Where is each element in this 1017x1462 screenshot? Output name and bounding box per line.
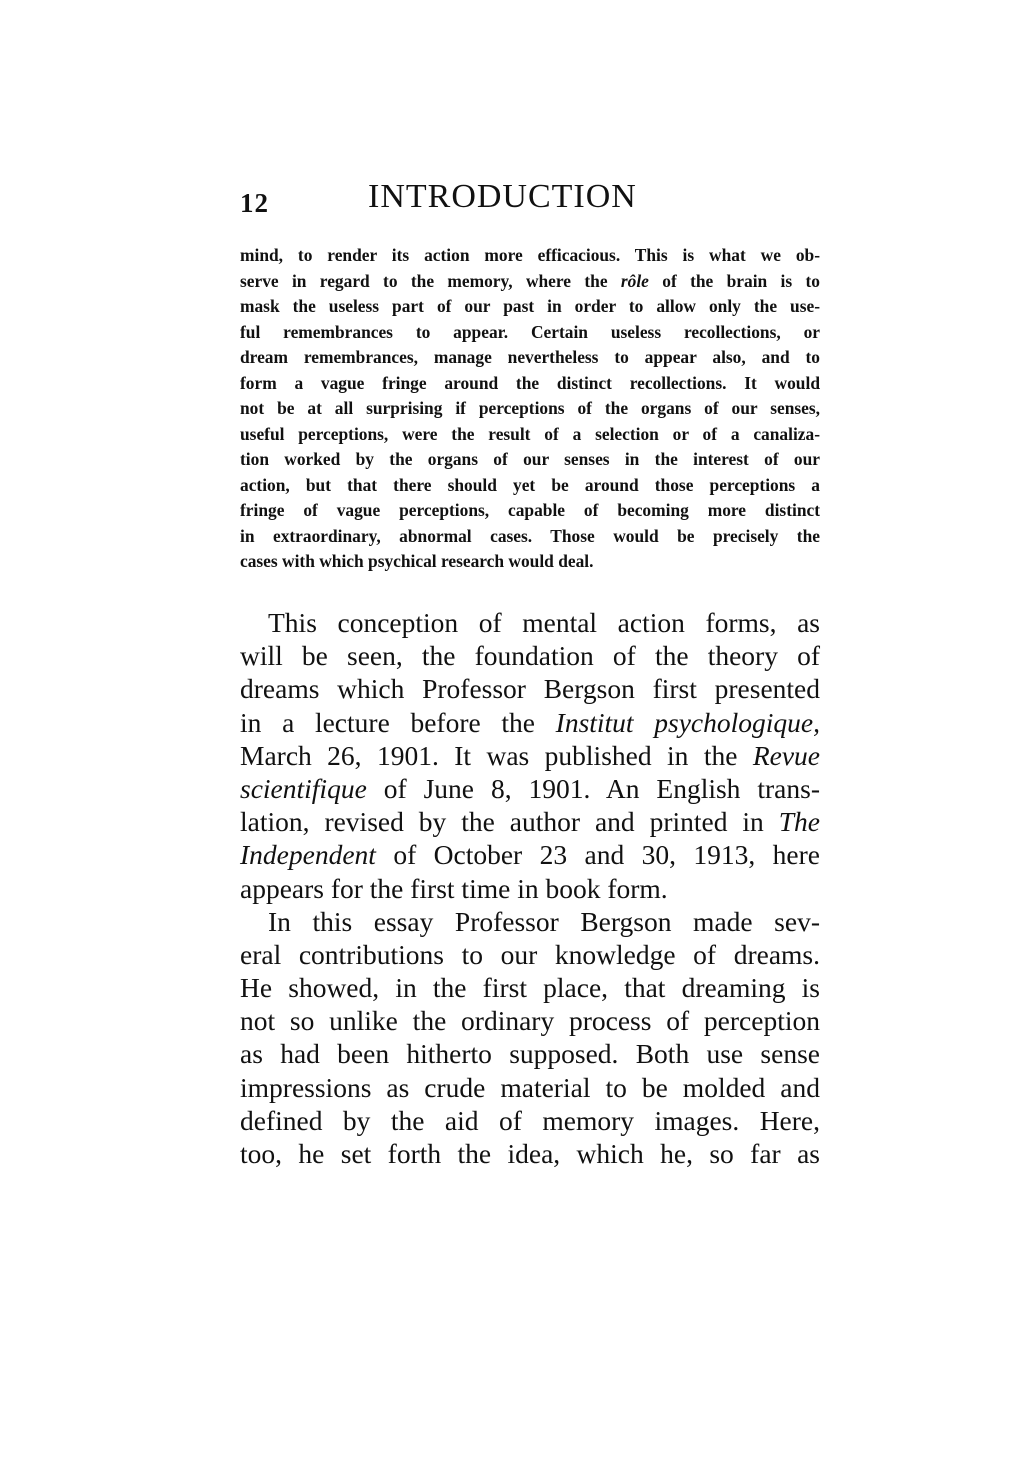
quote-text: of the brain is to (662, 271, 820, 291)
body-line: This conception of mental action forms, … (240, 606, 820, 639)
italic-title: Institut psychologique, (556, 707, 820, 738)
chapter-title: INTRODUCTION (368, 178, 637, 216)
quote-line: serve in regard to the memory, where the… (240, 269, 820, 295)
body-line: eral contributions to our knowledge of d… (240, 938, 820, 971)
body-line: lation, revised by the author and printe… (240, 805, 820, 838)
body-line: impressions as crude material to be mold… (240, 1071, 820, 1104)
body-line: March 26, 1901. It was published in the … (240, 739, 820, 772)
italic-title: scientifique (240, 773, 367, 804)
body-line: in a lecture before the Institut psychol… (240, 706, 820, 739)
body-line: too, he set forth the idea, which he, so… (240, 1137, 820, 1170)
quote-line: mind, to render its action more efficaci… (240, 243, 820, 269)
body-line: will be seen, the foundation of the theo… (240, 639, 820, 672)
quote-line: action, but that there should yet be aro… (240, 473, 820, 499)
paragraph-1: This conception of mental action forms, … (240, 606, 820, 905)
body-line: dreams which Professor Bergson first pre… (240, 672, 820, 705)
body-text-span: in a lecture before the (240, 707, 535, 738)
quote-line: ful remembrances to appear. Certain usel… (240, 320, 820, 346)
quote-line: mask the useless part of our past in ord… (240, 294, 820, 320)
body-line: scientifique of June 8, 1901. An English… (240, 772, 820, 805)
quote-line: in extraordinary, abnormal cases. Those … (240, 524, 820, 550)
italic-title: Independent (240, 839, 376, 870)
body-line: defined by the aid of memory images. Her… (240, 1104, 820, 1137)
quote-line: fringe of vague perceptions, capable of … (240, 498, 820, 524)
italic-word: rôle (621, 271, 649, 291)
body-line: not so unlike the ordinary process of pe… (240, 1004, 820, 1037)
body-text-span: lation, revised by the author and printe… (240, 806, 764, 837)
block-quote: mind, to render its action more efficaci… (240, 243, 820, 575)
body-line: appears for the first time in book form. (240, 872, 820, 905)
quote-line: tion worked by the organs of our senses … (240, 447, 820, 473)
quote-line: useful perceptions, were the result of a… (240, 422, 820, 448)
quote-line: not be at all surprising if perceptions … (240, 396, 820, 422)
body-text-span: of October 23 and 30, 1913, here (393, 839, 820, 870)
quote-line: form a vague fringe around the distinct … (240, 371, 820, 397)
italic-title: The (779, 806, 820, 837)
italic-title: Revue (753, 740, 820, 771)
paragraph-2: In this essay Professor Bergson made sev… (240, 905, 820, 1171)
page-number: 12 (240, 188, 269, 219)
quote-line: cases with which psychical research woul… (240, 549, 820, 575)
body-text-span: of June 8, 1901. An English trans- (384, 773, 820, 804)
book-page: 12 INTRODUCTION mind, to render its acti… (0, 0, 1017, 1462)
quote-text: serve in regard to the memory, where the (240, 271, 608, 291)
body-line: as had been hitherto supposed. Both use … (240, 1037, 820, 1070)
body-line: In this essay Professor Bergson made sev… (240, 905, 820, 938)
body-text: This conception of mental action forms, … (240, 606, 820, 1170)
body-text-span: March 26, 1901. It was published in the (240, 740, 737, 771)
body-line: Independent of October 23 and 30, 1913, … (240, 838, 820, 871)
body-line: He showed, in the first place, that drea… (240, 971, 820, 1004)
running-head: 12 INTRODUCTION (240, 178, 820, 222)
quote-line: dream remembrances, manage nevertheless … (240, 345, 820, 371)
